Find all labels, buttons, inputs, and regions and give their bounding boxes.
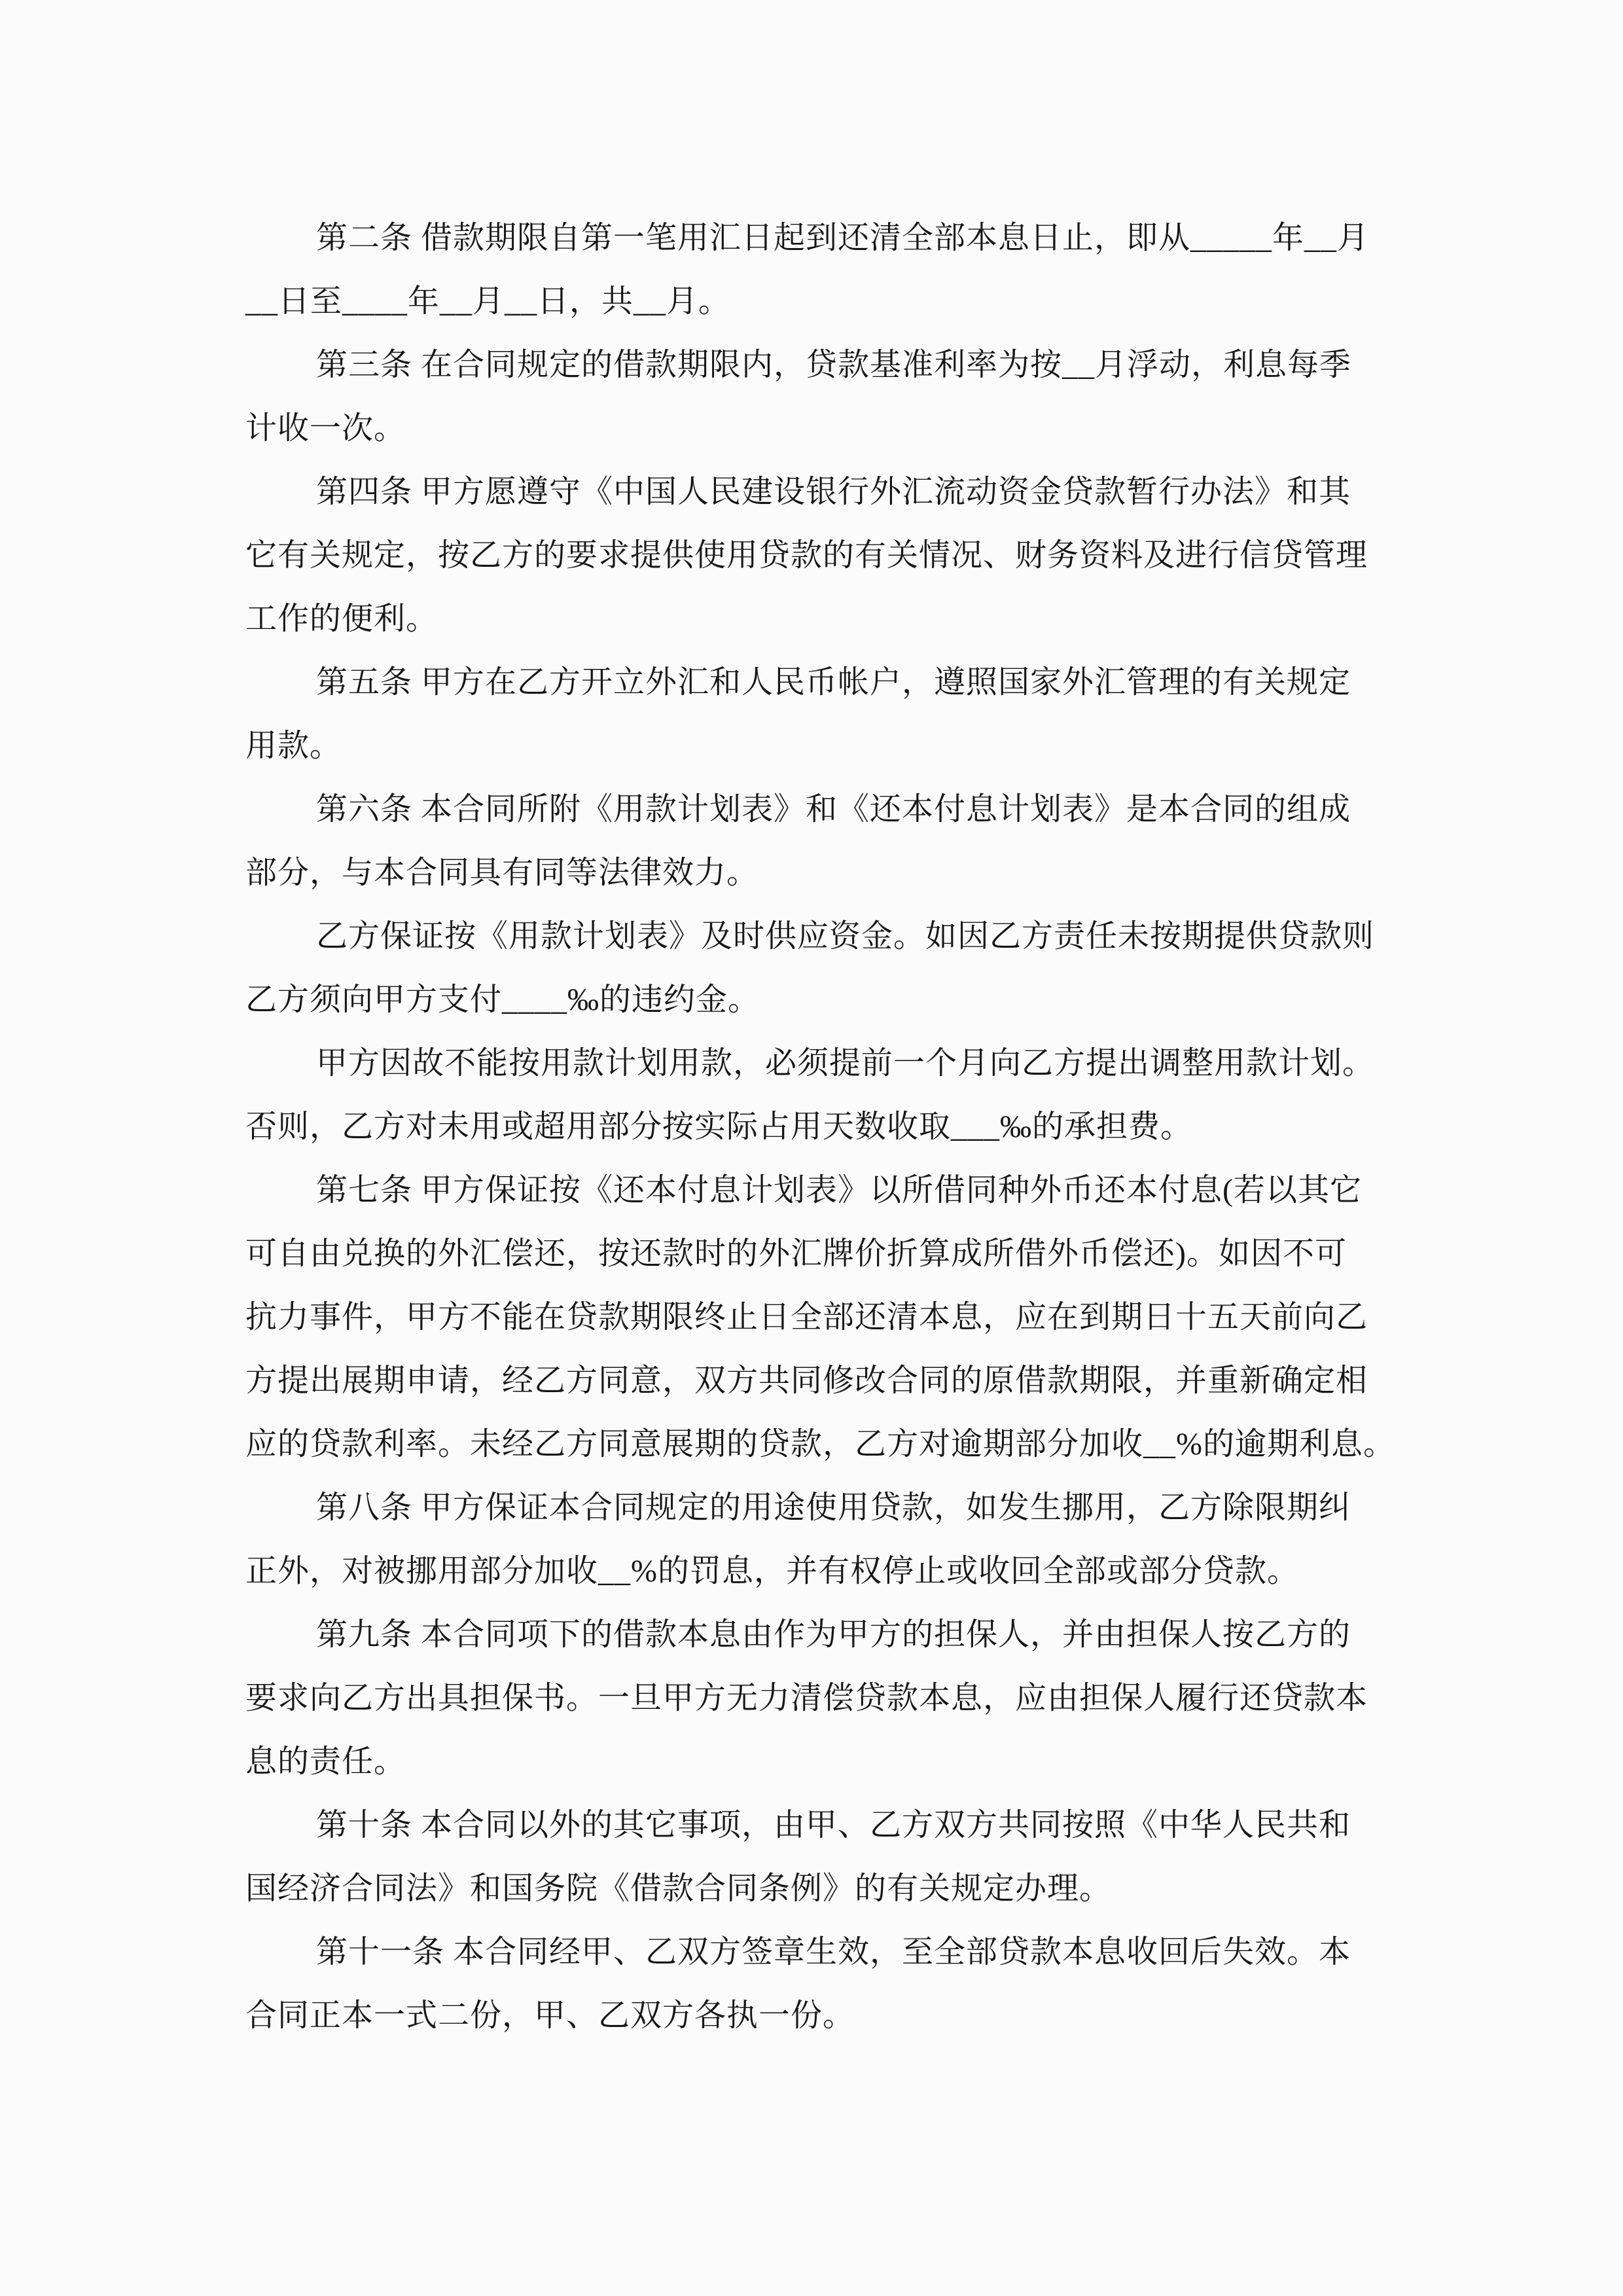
contract-line: 方提出展期申请，经乙方同意，双方共同修改合同的原借款期限，并重新确定相 <box>245 1349 1423 1412</box>
contract-line: 国经济合同法》和国务院《借款合同条例》的有关规定办理。 <box>245 1857 1423 1920</box>
contract-line: 第八条 甲方保证本合同规定的用途使用贷款，如发生挪用，乙方除限期纠 <box>245 1476 1423 1539</box>
contract-line: 否则，乙方对未用或超用部分按实际占用天数收取___‰的承担费。 <box>245 1095 1423 1158</box>
paragraph-article-4: 第四条 甲方愿遵守《中国人民建设银行外汇流动资金贷款暂行办法》和其 它有关规定，… <box>245 460 1423 651</box>
paragraph-article-2: 第二条 借款期限自第一笔用汇日起到还清全部本息日止，即从_____年__月 __… <box>245 206 1423 333</box>
contract-line: 它有关规定，按乙方的要求提供使用贷款的有关情况、财务资料及进行信贷管理 <box>245 524 1423 587</box>
contract-line: 第六条 本合同所附《用款计划表》和《还本付息计划表》是本合同的组成 <box>245 778 1423 841</box>
paragraph-article-9: 第九条 本合同项下的借款本息由作为甲方的担保人，并由担保人按乙方的 要求向乙方出… <box>245 1603 1423 1793</box>
contract-line: 第十条 本合同以外的其它事项，由甲、乙方双方共同按照《中华人民共和 <box>245 1793 1423 1857</box>
contract-line: 息的责任。 <box>245 1730 1423 1793</box>
contract-line: 第七条 甲方保证按《还本付息计划表》以所借同种外币还本付息(若以其它 <box>245 1158 1423 1222</box>
contract-line: 用款。 <box>245 714 1423 778</box>
paragraph-article-11: 第十一条 本合同经甲、乙双方签章生效，至全部贷款本息收回后失效。本 合同正本一式… <box>245 1920 1423 2047</box>
paragraph-article-6: 第六条 本合同所附《用款计划表》和《还本付息计划表》是本合同的组成 部分，与本合… <box>245 778 1423 905</box>
paragraph-article-8: 第八条 甲方保证本合同规定的用途使用贷款，如发生挪用，乙方除限期纠 正外，对被挪… <box>245 1476 1423 1603</box>
paragraph-article-6-fund-supply: 乙方保证按《用款计划表》及时供应资金。如因乙方责任未按期提供贷款则 乙方须向甲方… <box>245 905 1423 1031</box>
contract-line: 乙方须向甲方支付____‰的违约金。 <box>245 968 1423 1031</box>
contract-line: 第五条 甲方在乙方开立外汇和人民币帐户，遵照国家外汇管理的有关规定 <box>245 651 1423 714</box>
contract-line: 抗力事件，甲方不能在贷款期限终止日全部还清本息，应在到期日十五天前向乙 <box>245 1285 1423 1349</box>
paragraph-article-5: 第五条 甲方在乙方开立外汇和人民币帐户，遵照国家外汇管理的有关规定 用款。 <box>245 651 1423 778</box>
contract-line: __日至____年__月__日，共__月。 <box>245 270 1423 333</box>
paragraph-article-10: 第十条 本合同以外的其它事项，由甲、乙方双方共同按照《中华人民共和 国经济合同法… <box>245 1793 1423 1920</box>
contract-line: 第三条 在合同规定的借款期限内，贷款基准利率为按__月浮动，利息每季 <box>245 333 1423 397</box>
paragraph-article-7: 第七条 甲方保证按《还本付息计划表》以所借同种外币还本付息(若以其它 可自由兑换… <box>245 1158 1423 1476</box>
paragraph-article-6-plan-adjust: 甲方因故不能按用款计划用款，必须提前一个月向乙方提出调整用款计划。 否则，乙方对… <box>245 1031 1423 1158</box>
contract-line: 要求向乙方出具担保书。一旦甲方无力清偿贷款本息，应由担保人履行还贷款本 <box>245 1666 1423 1730</box>
contract-line: 第十一条 本合同经甲、乙双方签章生效，至全部贷款本息收回后失效。本 <box>245 1920 1423 1984</box>
contract-line: 应的贷款利率。未经乙方同意展期的贷款，乙方对逾期部分加收__%的逾期利息。 <box>245 1412 1423 1476</box>
contract-line: 计收一次。 <box>245 397 1423 460</box>
contract-line: 乙方保证按《用款计划表》及时供应资金。如因乙方责任未按期提供贷款则 <box>245 905 1423 968</box>
contract-page: 第二条 借款期限自第一笔用汇日起到还清全部本息日止，即从_____年__月 __… <box>0 0 1623 2296</box>
contract-line: 第九条 本合同项下的借款本息由作为甲方的担保人，并由担保人按乙方的 <box>245 1603 1423 1666</box>
contract-body: 第二条 借款期限自第一笔用汇日起到还清全部本息日止，即从_____年__月 __… <box>245 206 1423 2047</box>
contract-line: 甲方因故不能按用款计划用款，必须提前一个月向乙方提出调整用款计划。 <box>245 1031 1423 1095</box>
paragraph-article-3: 第三条 在合同规定的借款期限内，贷款基准利率为按__月浮动，利息每季 计收一次。 <box>245 333 1423 460</box>
contract-line: 可自由兑换的外汇偿还，按还款时的外汇牌价折算成所借外币偿还)。如因不可 <box>245 1222 1423 1285</box>
contract-line: 合同正本一式二份，甲、乙双方各执一份。 <box>245 1984 1423 2047</box>
contract-line: 正外，对被挪用部分加收__%的罚息，并有权停止或收回全部或部分贷款。 <box>245 1539 1423 1603</box>
contract-line: 部分，与本合同具有同等法律效力。 <box>245 841 1423 905</box>
contract-line: 第四条 甲方愿遵守《中国人民建设银行外汇流动资金贷款暂行办法》和其 <box>245 460 1423 524</box>
contract-line: 第二条 借款期限自第一笔用汇日起到还清全部本息日止，即从_____年__月 <box>245 206 1423 270</box>
contract-line: 工作的便利。 <box>245 587 1423 651</box>
